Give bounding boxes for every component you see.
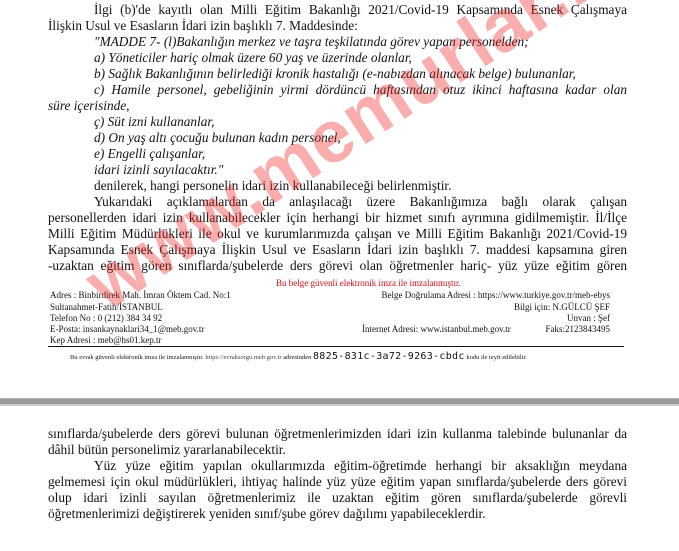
paragraph-line: Yukarıdaki açıklamalardan da anlaşılacağ… — [94, 194, 627, 210]
footer-title: Unvan : Şef — [567, 313, 610, 325]
paragraph-line: denilerek, hangi personelin idari izin k… — [94, 178, 451, 194]
footer-address-line1: Adres : Binbirdirek Mah. İmran Öktem Cad… — [50, 290, 231, 302]
quote-line: ç) Süt izni kullananlar, — [94, 114, 214, 130]
page-separator — [0, 398, 679, 406]
verification-suffix: kodu ile teyit edilebilir. — [465, 354, 527, 361]
footer-info-contact: Bilgi için: N.GÜLCÜ ŞEF — [514, 302, 610, 314]
quote-line: e) Engelli çalışanlar, — [94, 146, 205, 162]
quote-line: b) Sağlık Bakanlığının belirlediği kroni… — [94, 66, 576, 82]
paragraph-line: olup idari izinli sayılan öğretmenlerimi… — [48, 490, 627, 506]
quote-line: a) Yöneticiler hariç olmak üzere 60 yaş … — [94, 50, 412, 66]
verification-line: Bu evrak güvenli elektronik imza ile imz… — [70, 351, 527, 362]
verification-prefix: Bu evrak güvenli elektronik imza ile imz… — [70, 354, 205, 361]
paragraph-line: Yüz yüze eğitim yapılan okullarımızda eğ… — [94, 458, 627, 474]
esign-notice: Bu belge güvenli elektronik imza ile imz… — [276, 278, 461, 290]
footer-website[interactable]: İnternet Adresi: www.istanbul.meb.gov.tr — [362, 324, 511, 336]
footer-verify-address[interactable]: Belge Doğrulama Adresi : https://www.tur… — [381, 290, 610, 302]
footer-phone: Telefon No : 0 (212) 384 34 92 — [50, 313, 162, 325]
paragraph-line: öğretmenlerimizi değiştirerek yeniden sı… — [48, 506, 627, 522]
paragraph-line: Milli Eğitim Müdürlükleri ile okul ve ku… — [48, 226, 627, 242]
paragraph-line: personellerden idari izin kullanabilecek… — [48, 210, 627, 226]
quote-line: d) On yaş altı çocuğu bulunan kadın pers… — [94, 130, 341, 146]
quote-line: "MADDE 7- (l)Bakanlığın merkez ve taşra … — [94, 34, 529, 50]
document-page-2: sınıflarda/şubelerde ders görevi bulunan… — [0, 410, 679, 551]
paragraph-line: -uzaktan eğitim gören sınıflarda/şubeler… — [48, 258, 627, 274]
paragraph-line: İlgi (b)'de kayıtlı olan Milli Eğitim Ba… — [94, 2, 627, 18]
footer-fax: Faks:2123843495 — [545, 324, 610, 336]
paragraph-line: gelmemesi için okul müdürlükleri, ihtiya… — [48, 474, 627, 490]
footer-address-line2: Sultanahmet-Fatih/İSTANBUL — [50, 302, 163, 314]
verification-link[interactable]: https://evraksorgu.meb.gov.tr — [205, 354, 281, 361]
quote-line: c) Hamile personel, gebeliğinin yirmi dö… — [94, 82, 627, 98]
quote-line: idari izinli sayılacaktır." — [94, 162, 223, 178]
quote-line: süre içerisinde, — [48, 98, 627, 114]
paragraph-line: Kapsamında Esnek Çalışmaya İlişkin Usul … — [48, 242, 627, 258]
verification-code: 8825-831c-3a72-9263-cbdc — [313, 351, 465, 362]
paragraph-line: dâhil bütün personelimiz yararlanabilece… — [48, 442, 627, 458]
document-page-1: İlgi (b)'de kayıtlı olan Milli Eğitim Ba… — [0, 0, 679, 402]
footer-divider — [48, 346, 624, 347]
footer-email[interactable]: E-Posta: insankaynaklari34_1@meb.gov.tr — [50, 324, 204, 336]
footer-kep-address[interactable]: Kep Adresi : meb@hs01.kep.tr — [50, 335, 162, 347]
verification-middle: adresinden — [282, 354, 313, 361]
paragraph-line: sınıflarda/şubelerde ders görevi bulunan… — [48, 426, 627, 442]
paragraph-line: İlişkin Usul ve Esasların İdari izin baş… — [48, 18, 627, 34]
